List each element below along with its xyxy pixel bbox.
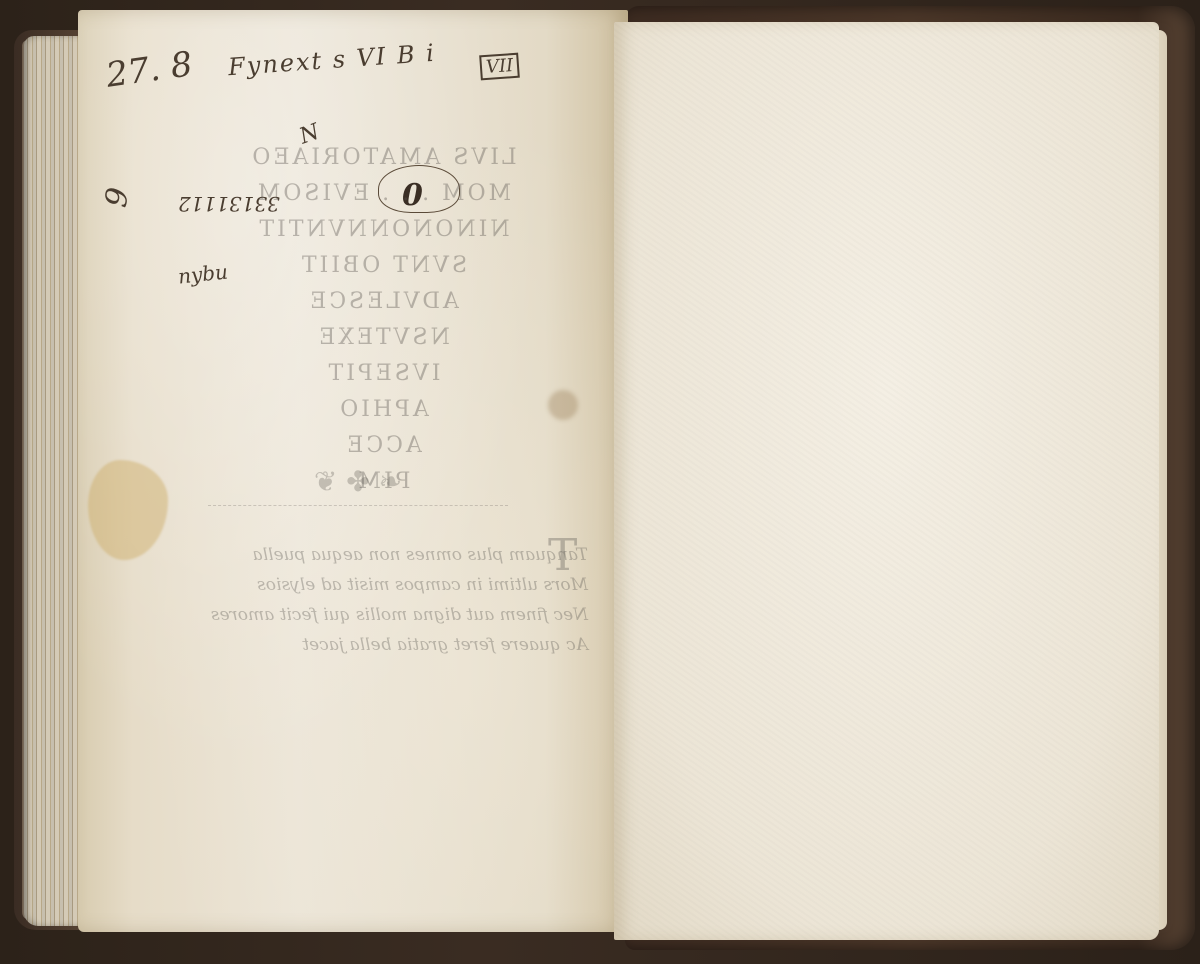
title-line: APHIO: [208, 392, 558, 428]
title-line: NSVTEXE: [208, 320, 558, 356]
title-line: ACCE: [208, 428, 558, 464]
verse-line: Ac quaere feret gratia bella jacet: [188, 630, 588, 660]
title-line: LIVS AMATORIAEO: [208, 140, 558, 176]
title-line: SVNT OBIIT: [208, 248, 558, 284]
left-page: 27. 8 Fynext s VI B i VII N 0 33131112 n…: [78, 10, 628, 932]
handwritten-side-note: 9: [99, 185, 137, 210]
handwritten-shelfmark: 27. 8: [104, 44, 195, 96]
show-through-verse: Tanquam plus omnes non aequa puella Mors…: [188, 540, 588, 660]
title-line: IVSEPIT: [208, 356, 558, 392]
title-line: NINONONNVNTIT: [208, 212, 558, 248]
right-page-blank: [614, 22, 1159, 940]
title-line: ADVLESCE: [208, 284, 558, 320]
water-stain: [88, 460, 168, 560]
handwritten-top-note: Fynext s VI B i: [227, 39, 436, 81]
title-line: MOM . . . EVISOM: [208, 176, 558, 212]
verse-line: Mors ultimi in campos misit ad elysios: [188, 570, 588, 600]
handwritten-boxed-note: VII: [479, 53, 520, 81]
show-through-title: LIVS AMATORIAEO MOM . . . EVISOM NINONON…: [208, 140, 558, 500]
ornament-icon: ❦ ✤ ❧: [208, 465, 508, 506]
verse-line: Nec finem aut digna mollis qui fecit amo…: [188, 600, 588, 630]
verse-line: Tanquam plus omnes non aequa puella: [188, 540, 588, 570]
